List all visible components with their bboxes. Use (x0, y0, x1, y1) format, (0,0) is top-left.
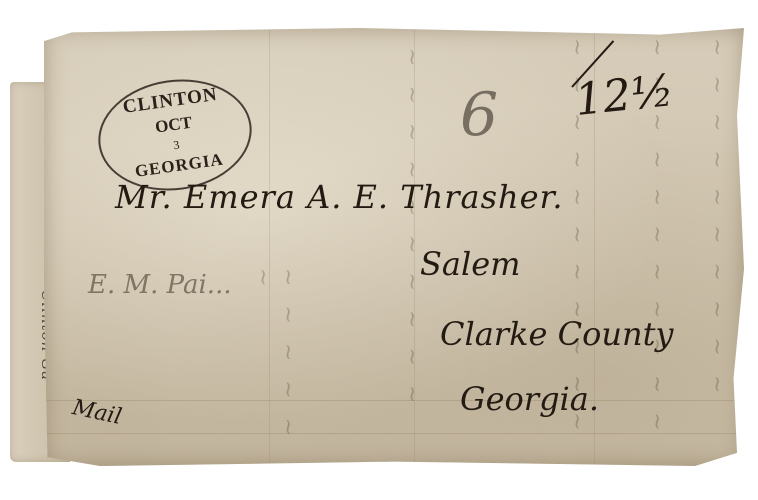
address-county: Clarke County (440, 315, 674, 353)
addressee-name: Mr. Emera A. E. Thrasher. (115, 178, 563, 216)
fold-line (44, 400, 744, 401)
sender-docket: E. M. Pai... (88, 270, 232, 300)
show-through-ink: ~ ~ ~ ~ ~ ~ ~ ~ ~ ~ (704, 38, 729, 458)
show-through-ink: ~ ~ ~ ~ ~ ~ (250, 268, 300, 458)
faint-rate-mark: 6 (460, 80, 498, 150)
postage-rate: 12½ (573, 65, 676, 126)
fold-line (44, 433, 744, 434)
address-town: Salem (420, 245, 521, 283)
address-state: Georgia. (460, 380, 599, 418)
envelope-scan: Clinton Ga ~ ~ ~ ~ ~ ~ ~ ~ ~ ~ ~ ~ ~ ~ ~… (0, 0, 758, 500)
